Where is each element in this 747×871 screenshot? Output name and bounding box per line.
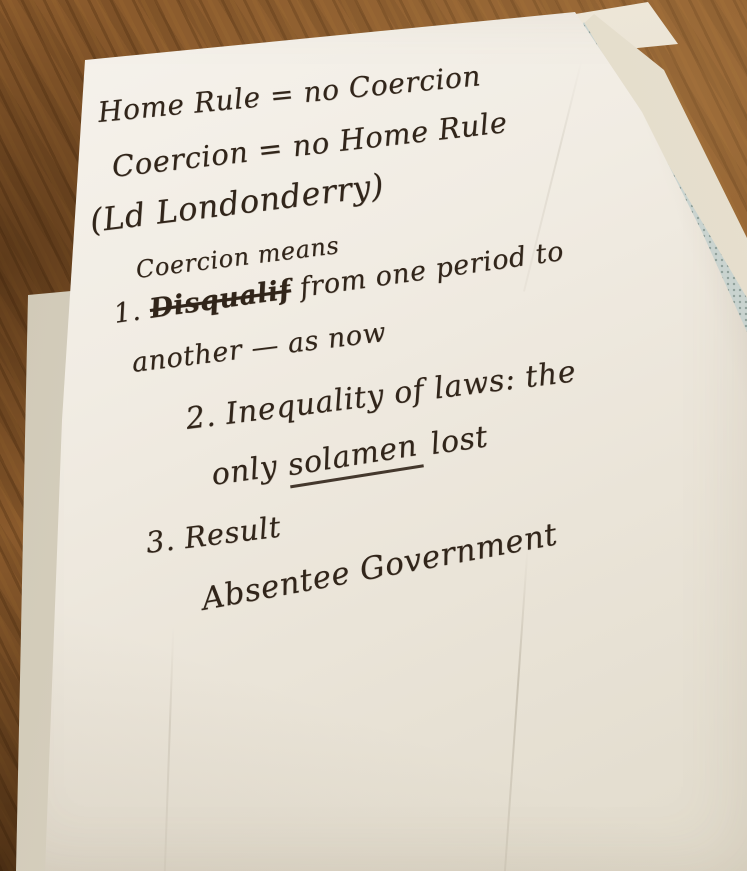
manuscript-page: Home Rule = no Coercion Coercion = no Ho… bbox=[0, 0, 747, 871]
list-number-1: 1. bbox=[112, 294, 152, 330]
photograph-of-handwritten-note: Home Rule = no Coercion Coercion = no Ho… bbox=[0, 0, 747, 871]
